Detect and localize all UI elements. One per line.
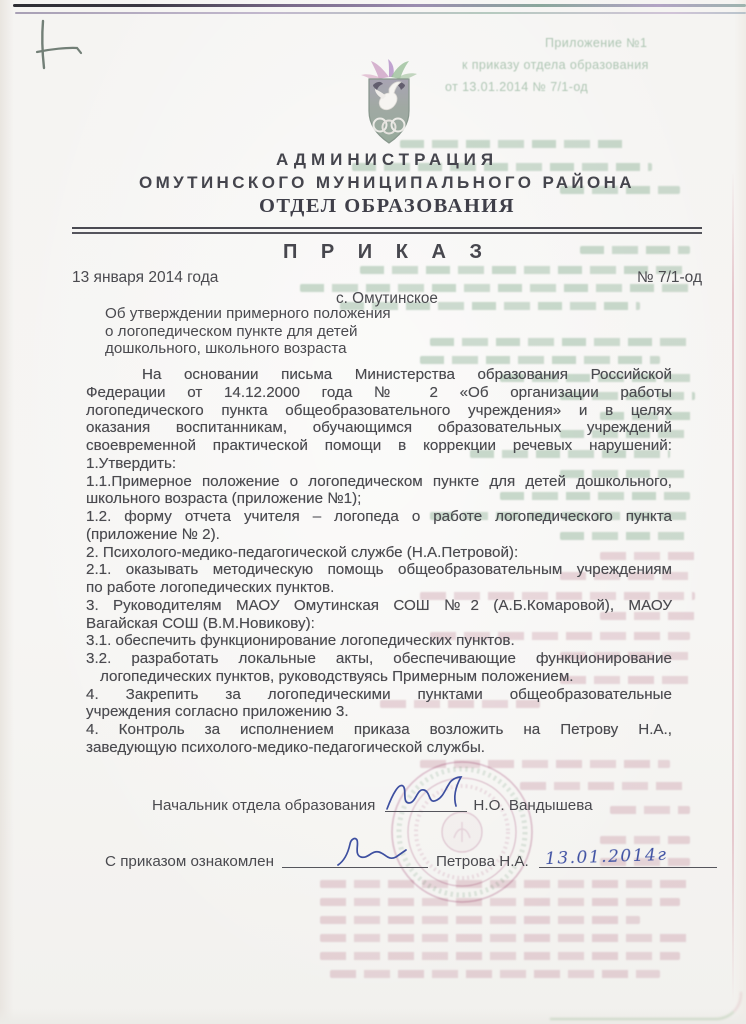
bleedthrough-smudge [430,338,690,346]
order-body-line: логопедических пунктов, руководствуясь П… [86,668,672,686]
document-type-title: П Р И К А З [72,241,702,264]
bleedthrough-smudge [330,970,660,978]
approver-signature-row: Начальник отдела образования Н.О. Вандыш… [152,797,593,816]
acknowledgment-signature-line [282,853,428,868]
subject-line: Об утверждении примерного положения [105,305,391,323]
order-date: 13 января 2014 года [72,269,218,287]
handwritten-signature-petrova [334,835,412,871]
subject-line: дошкольного, школьного возраста [105,340,391,358]
order-body-line: 4. Закрепить за логопедическими пунктами… [86,686,672,704]
scan-artifact-line-top [13,4,746,7]
scan-edge-right [734,0,746,1024]
bleedthrough-smudge [320,934,690,942]
bleedthrough-text: от 13.01.2014 № 7/1-од [445,80,588,94]
order-body-line: школьного возраста (приложение №1); [86,490,672,508]
order-subject: Об утверждении примерного положенияо лог… [105,305,391,358]
order-body-line: по работе логопедических пунктов. [86,579,672,597]
order-body-line: 4. Контроль за исполнением приказа возло… [86,721,672,739]
org-header: АДМИНИСТРАЦИЯ ОМУТИНСКОГО МУНИЦИПАЛЬНОГО… [72,150,702,218]
approver-title: Начальник отдела образования [152,797,375,816]
scan-edge-left [0,0,14,1024]
order-body-line: оказания воспитанникам, обучающимся обра… [86,419,672,437]
order-body-line: учреждения согласно приложению 3. [86,703,672,721]
acknowledgment-date-line: 13.01.2014г [539,851,717,868]
handwritten-signature-vandysheva [381,773,473,817]
scanned-order-document: Приложение №1 к приказу отдела образован… [0,0,746,1024]
order-body-line: Федерации от 14.12.2000 года № 2 «Об орг… [86,384,672,402]
bleedthrough-smudge [400,140,630,148]
order-body-line: 3. Руководителям МАОУ Омутинская СОШ №2 … [86,597,672,615]
header-divider [72,227,702,234]
scan-artifact-line-second [15,12,746,14]
order-number: № 7/1-од [637,269,702,287]
order-body-line: На основании письма Министерства образов… [86,366,672,384]
order-body: На основании письма Министерства образов… [86,366,672,757]
order-body-line: 3.1. обеспечить функционирование логопед… [86,632,672,650]
approver-name: Н.О. Вандышева [473,797,592,816]
pen-checkmark [30,14,92,76]
bleedthrough-smudge [320,952,680,960]
approver-signature-line [385,797,467,812]
handwritten-date: 13.01.2014г [544,845,667,869]
bleedthrough-smudge [610,806,690,814]
acknowledgment-label: С приказом ознакомлен [105,853,274,872]
org-name-line2: ОМУТИНСКОГО МУНИЦИПАЛЬНОГО РАЙОНА [72,173,702,193]
bleedthrough-text: к приказу отдела образования [462,58,649,72]
order-body-line: Вагайская СОШ (В.М.Новикову): [86,615,672,633]
coat-of-arms-emblem [347,58,431,152]
order-body-line: 3.2. разработать локальные акты, обеспеч… [86,650,672,668]
bleedthrough-smudge [520,782,690,790]
bleedthrough-text: Приложение №1 [545,36,647,50]
order-meta-row: 13 января 2014 года № 7/1-од [72,269,702,287]
bleedthrough-smudge [420,356,660,364]
bleedthrough-smudge [320,916,640,924]
acknowledgment-name: Петрова Н.А. [436,853,529,872]
subject-line: о логопедическом пункте для детей [105,323,391,341]
org-name-line3: ОТДЕЛ ОБРАЗОВАНИЯ [72,195,702,218]
paper-corner-curl [550,992,742,1020]
order-body-line: логопедического пункта общеобразовательн… [86,402,672,420]
order-body-line: 1.Утвердить: [86,455,672,473]
acknowledgment-row: С приказом ознакомлен Петрова Н.А. 13.01… [105,851,717,872]
order-body-line: заведующую психолого-медико-педагогическ… [86,739,672,757]
order-body-line: 2.1. оказывать методическую помощь общео… [86,561,672,579]
order-body-line: (приложение № 2). [86,526,672,544]
org-name-line1: АДМИНИСТРАЦИЯ [72,150,702,170]
order-body-line: 2. Психолого-медико-педагогической служб… [86,544,672,562]
bleedthrough-smudge [600,836,690,844]
paper-edge-line [732,170,734,1004]
order-body-line: своевременной практической помощи в корр… [86,437,672,455]
order-body-line: 1.1.Примерное положение о логопедическом… [86,473,672,491]
order-body-line: 1.2. форму отчета учителя – логопеда о р… [86,508,672,526]
